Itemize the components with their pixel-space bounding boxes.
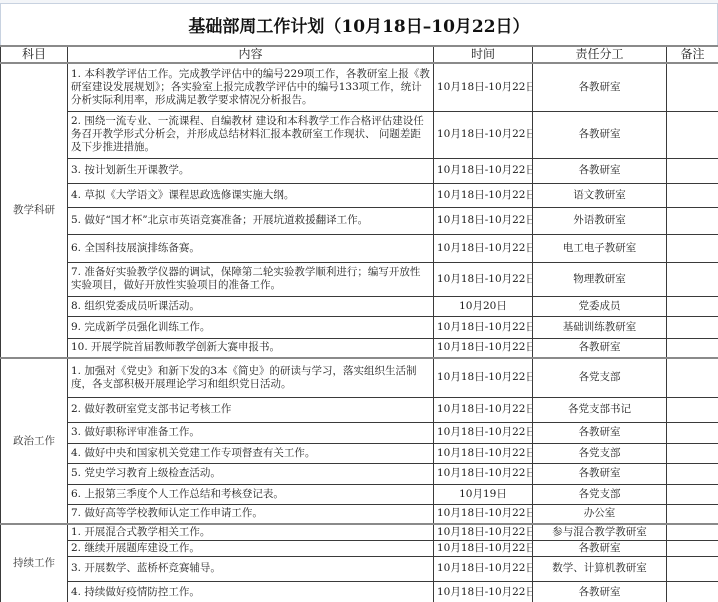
- time-cell[interactable]: 10月18日-10月22日: [434, 581, 533, 602]
- table-row: 2. 围绕一流专业、一流课程、自编教材 建设和本科教学工作合格评估建设任务召开教…: [1, 111, 718, 158]
- time-cell[interactable]: 10月18日-10月22日: [434, 183, 533, 207]
- note-cell[interactable]: [667, 358, 718, 397]
- content-cell[interactable]: 2. 做好教研室党支部书记考核工作: [68, 397, 434, 422]
- table-row: 8. 组织党委成员听课活动。10月20日党委成员: [1, 296, 718, 316]
- note-cell[interactable]: [667, 158, 718, 183]
- note-cell[interactable]: [667, 316, 718, 338]
- note-cell[interactable]: [667, 504, 718, 524]
- table-row: 6. 上报第三季度个人工作总结和考核登记表。10月19日各党支部: [1, 484, 718, 504]
- content-cell[interactable]: 5. 做好“国才杯”北京市英语竞赛准备；开展坑道救援翻译工作。: [68, 207, 434, 234]
- note-cell[interactable]: [667, 207, 718, 234]
- page-title: 基础部周工作计划（10月18日–10月22日）: [0, 3, 718, 45]
- note-cell[interactable]: [667, 422, 718, 443]
- time-cell[interactable]: 10月18日-10月22日: [434, 262, 533, 296]
- owner-cell[interactable]: 各党支部: [533, 443, 667, 463]
- owner-cell[interactable]: 各教研室: [533, 63, 667, 111]
- time-cell[interactable]: 10月18日-10月22日: [434, 234, 533, 262]
- header-subject: 科目: [1, 46, 68, 63]
- time-cell[interactable]: 10月18日-10月22日: [434, 556, 533, 581]
- time-cell[interactable]: 10月18日-10月22日: [434, 111, 533, 158]
- table-row: 教学科研1. 本科教学评估工作。完成教学评估中的编号229项工作，各教研室上报《…: [1, 63, 718, 111]
- content-cell[interactable]: 7. 做好高等学校教师认定工作申请工作。: [68, 504, 434, 524]
- content-cell[interactable]: 2. 继续开展题库建设工作。: [68, 540, 434, 556]
- table-row: 7. 做好高等学校教师认定工作申请工作。10月18日-10月22日办公室: [1, 504, 718, 524]
- table-row: 政治工作1. 加强对《党史》和新下发的3本《简史》的研读与学习，落实组织生活制度…: [1, 358, 718, 397]
- content-cell[interactable]: 6. 全国科技展演排练备赛。: [68, 234, 434, 262]
- note-cell[interactable]: [667, 63, 718, 111]
- content-cell[interactable]: 1. 本科教学评估工作。完成教学评估中的编号229项工作，各教研室上报《教研室建…: [68, 63, 434, 111]
- time-cell[interactable]: 10月18日-10月22日: [434, 316, 533, 338]
- note-cell[interactable]: [667, 183, 718, 207]
- note-cell[interactable]: [667, 338, 718, 358]
- table-row: 7. 准备好实验教学仪器的调试，保障第二轮实验教学顺利进行；编写开放性实验项目，…: [1, 262, 718, 296]
- owner-cell[interactable]: 数学、计算机教研室: [533, 556, 667, 581]
- table-row: 3. 开展数学、蓝桥杯竞赛辅导。10月18日-10月22日数学、计算机教研室: [1, 556, 718, 581]
- header-note: 备注: [667, 46, 718, 63]
- content-cell[interactable]: 3. 开展数学、蓝桥杯竞赛辅导。: [68, 556, 434, 581]
- owner-cell[interactable]: 各教研室: [533, 111, 667, 158]
- owner-cell[interactable]: 参与混合教学教研室: [533, 524, 667, 540]
- owner-cell[interactable]: 各教研室: [533, 540, 667, 556]
- content-cell[interactable]: 5. 党史学习教育上级检查活动。: [68, 463, 434, 484]
- table-row: 4. 持续做好疫情防控工作。10月18日-10月22日各教研室: [1, 581, 718, 602]
- table-row: 10. 开展学院首届教师教学创新大赛申报书。10月18日-10月22日各教研室: [1, 338, 718, 358]
- note-cell[interactable]: [667, 262, 718, 296]
- table-row: 2. 做好教研室党支部书记考核工作10月18日-10月22日各党支部书记: [1, 397, 718, 422]
- note-cell[interactable]: [667, 111, 718, 158]
- subject-cell[interactable]: 持续工作: [1, 524, 68, 602]
- content-cell[interactable]: 4. 做好中央和国家机关党建工作专项督查有关工作。: [68, 443, 434, 463]
- time-cell[interactable]: 10月18日-10月22日: [434, 504, 533, 524]
- table-row: 持续工作1. 开展混合式教学相关工作。10月18日-10月22日参与混合教学教研…: [1, 524, 718, 540]
- owner-cell[interactable]: 各教研室: [533, 158, 667, 183]
- owner-cell[interactable]: 各教研室: [533, 338, 667, 358]
- header-content: 内容: [68, 46, 434, 63]
- content-cell[interactable]: 3. 做好职称评审准备工作。: [68, 422, 434, 443]
- note-cell[interactable]: [667, 556, 718, 581]
- note-cell[interactable]: [667, 540, 718, 556]
- content-cell[interactable]: 3. 按计划新生开课教学。: [68, 158, 434, 183]
- content-cell[interactable]: 1. 加强对《党史》和新下发的3本《简史》的研读与学习，落实组织生活制度，各支部…: [68, 358, 434, 397]
- owner-cell[interactable]: 各党支部: [533, 358, 667, 397]
- time-cell[interactable]: 10月19日: [434, 484, 533, 504]
- time-cell[interactable]: 10月20日: [434, 296, 533, 316]
- table-row: 5. 党史学习教育上级检查活动。10月18日-10月22日各教研室: [1, 463, 718, 484]
- time-cell[interactable]: 10月18日-10月22日: [434, 207, 533, 234]
- time-cell[interactable]: 10月18日-10月22日: [434, 397, 533, 422]
- note-cell[interactable]: [667, 484, 718, 504]
- header-time: 时间: [434, 46, 533, 63]
- owner-cell[interactable]: 物理教研室: [533, 262, 667, 296]
- owner-cell[interactable]: 各教研室: [533, 422, 667, 443]
- content-cell[interactable]: 10. 开展学院首届教师教学创新大赛申报书。: [68, 338, 434, 358]
- owner-cell[interactable]: 语文教研室: [533, 183, 667, 207]
- table-row: 6. 全国科技展演排练备赛。10月18日-10月22日电工电子教研室: [1, 234, 718, 262]
- time-cell[interactable]: 10月18日-10月22日: [434, 338, 533, 358]
- content-cell[interactable]: 9. 完成新学员强化训练工作。: [68, 316, 434, 338]
- table-row: 2. 继续开展题库建设工作。10月18日-10月22日各教研室: [1, 540, 718, 556]
- work-plan-table: 科目 内容 时间 责任分工 备注 教学科研1. 本科教学评估工作。完成教学评估中…: [0, 45, 718, 602]
- content-cell[interactable]: 4. 持续做好疫情防控工作。: [68, 581, 434, 602]
- content-cell[interactable]: 8. 组织党委成员听课活动。: [68, 296, 434, 316]
- time-cell[interactable]: 10月18日-10月22日: [434, 63, 533, 111]
- time-cell[interactable]: 10月18日-10月22日: [434, 540, 533, 556]
- table-row: 3. 做好职称评审准备工作。10月18日-10月22日各教研室: [1, 422, 718, 443]
- table-row: 4. 做好中央和国家机关党建工作专项督查有关工作。10月18日-10月22日各党…: [1, 443, 718, 463]
- time-cell[interactable]: 10月18日-10月22日: [434, 358, 533, 397]
- time-cell[interactable]: 10月18日-10月22日: [434, 422, 533, 443]
- content-cell[interactable]: 6. 上报第三季度个人工作总结和考核登记表。: [68, 484, 434, 504]
- content-cell[interactable]: 1. 开展混合式教学相关工作。: [68, 524, 434, 540]
- time-cell[interactable]: 10月18日-10月22日: [434, 463, 533, 484]
- time-cell[interactable]: 10月18日-10月22日: [434, 443, 533, 463]
- owner-cell[interactable]: 各教研室: [533, 463, 667, 484]
- owner-cell[interactable]: 电工电子教研室: [533, 234, 667, 262]
- owner-cell[interactable]: 办公室: [533, 504, 667, 524]
- note-cell[interactable]: [667, 524, 718, 540]
- content-cell[interactable]: 2. 围绕一流专业、一流课程、自编教材 建设和本科教学工作合格评估建设任务召开教…: [68, 111, 434, 158]
- table-row: 3. 按计划新生开课教学。10月18日-10月22日各教研室: [1, 158, 718, 183]
- note-cell[interactable]: [667, 443, 718, 463]
- subject-cell[interactable]: 教学科研: [1, 63, 68, 358]
- note-cell[interactable]: [667, 397, 718, 422]
- subject-cell[interactable]: 政治工作: [1, 358, 68, 524]
- content-cell[interactable]: 7. 准备好实验教学仪器的调试，保障第二轮实验教学顺利进行；编写开放性实验项目，…: [68, 262, 434, 296]
- owner-cell[interactable]: 外语教研室: [533, 207, 667, 234]
- owner-cell[interactable]: 各教研室: [533, 581, 667, 602]
- time-cell[interactable]: 10月18日-10月22日: [434, 158, 533, 183]
- note-cell[interactable]: [667, 463, 718, 484]
- owner-cell[interactable]: 各党支部书记: [533, 397, 667, 422]
- note-cell[interactable]: [667, 296, 718, 316]
- time-cell[interactable]: 10月18日-10月22日: [434, 524, 533, 540]
- note-cell[interactable]: [667, 234, 718, 262]
- header-row: 科目 内容 时间 责任分工 备注: [1, 46, 718, 63]
- note-cell[interactable]: [667, 581, 718, 602]
- content-cell[interactable]: 4. 草拟《大学语文》课程思政选修课实施大纲。: [68, 183, 434, 207]
- header-owner: 责任分工: [533, 46, 667, 63]
- table-row: 5. 做好“国才杯”北京市英语竞赛准备；开展坑道救援翻译工作。10月18日-10…: [1, 207, 718, 234]
- owner-cell[interactable]: 基础训练教研室: [533, 316, 667, 338]
- owner-cell[interactable]: 党委成员: [533, 296, 667, 316]
- owner-cell[interactable]: 各党支部: [533, 484, 667, 504]
- table-body: 教学科研1. 本科教学评估工作。完成教学评估中的编号229项工作，各教研室上报《…: [1, 63, 718, 602]
- table-row: 9. 完成新学员强化训练工作。10月18日-10月22日基础训练教研室: [1, 316, 718, 338]
- table-row: 4. 草拟《大学语文》课程思政选修课实施大纲。10月18日-10月22日语文教研…: [1, 183, 718, 207]
